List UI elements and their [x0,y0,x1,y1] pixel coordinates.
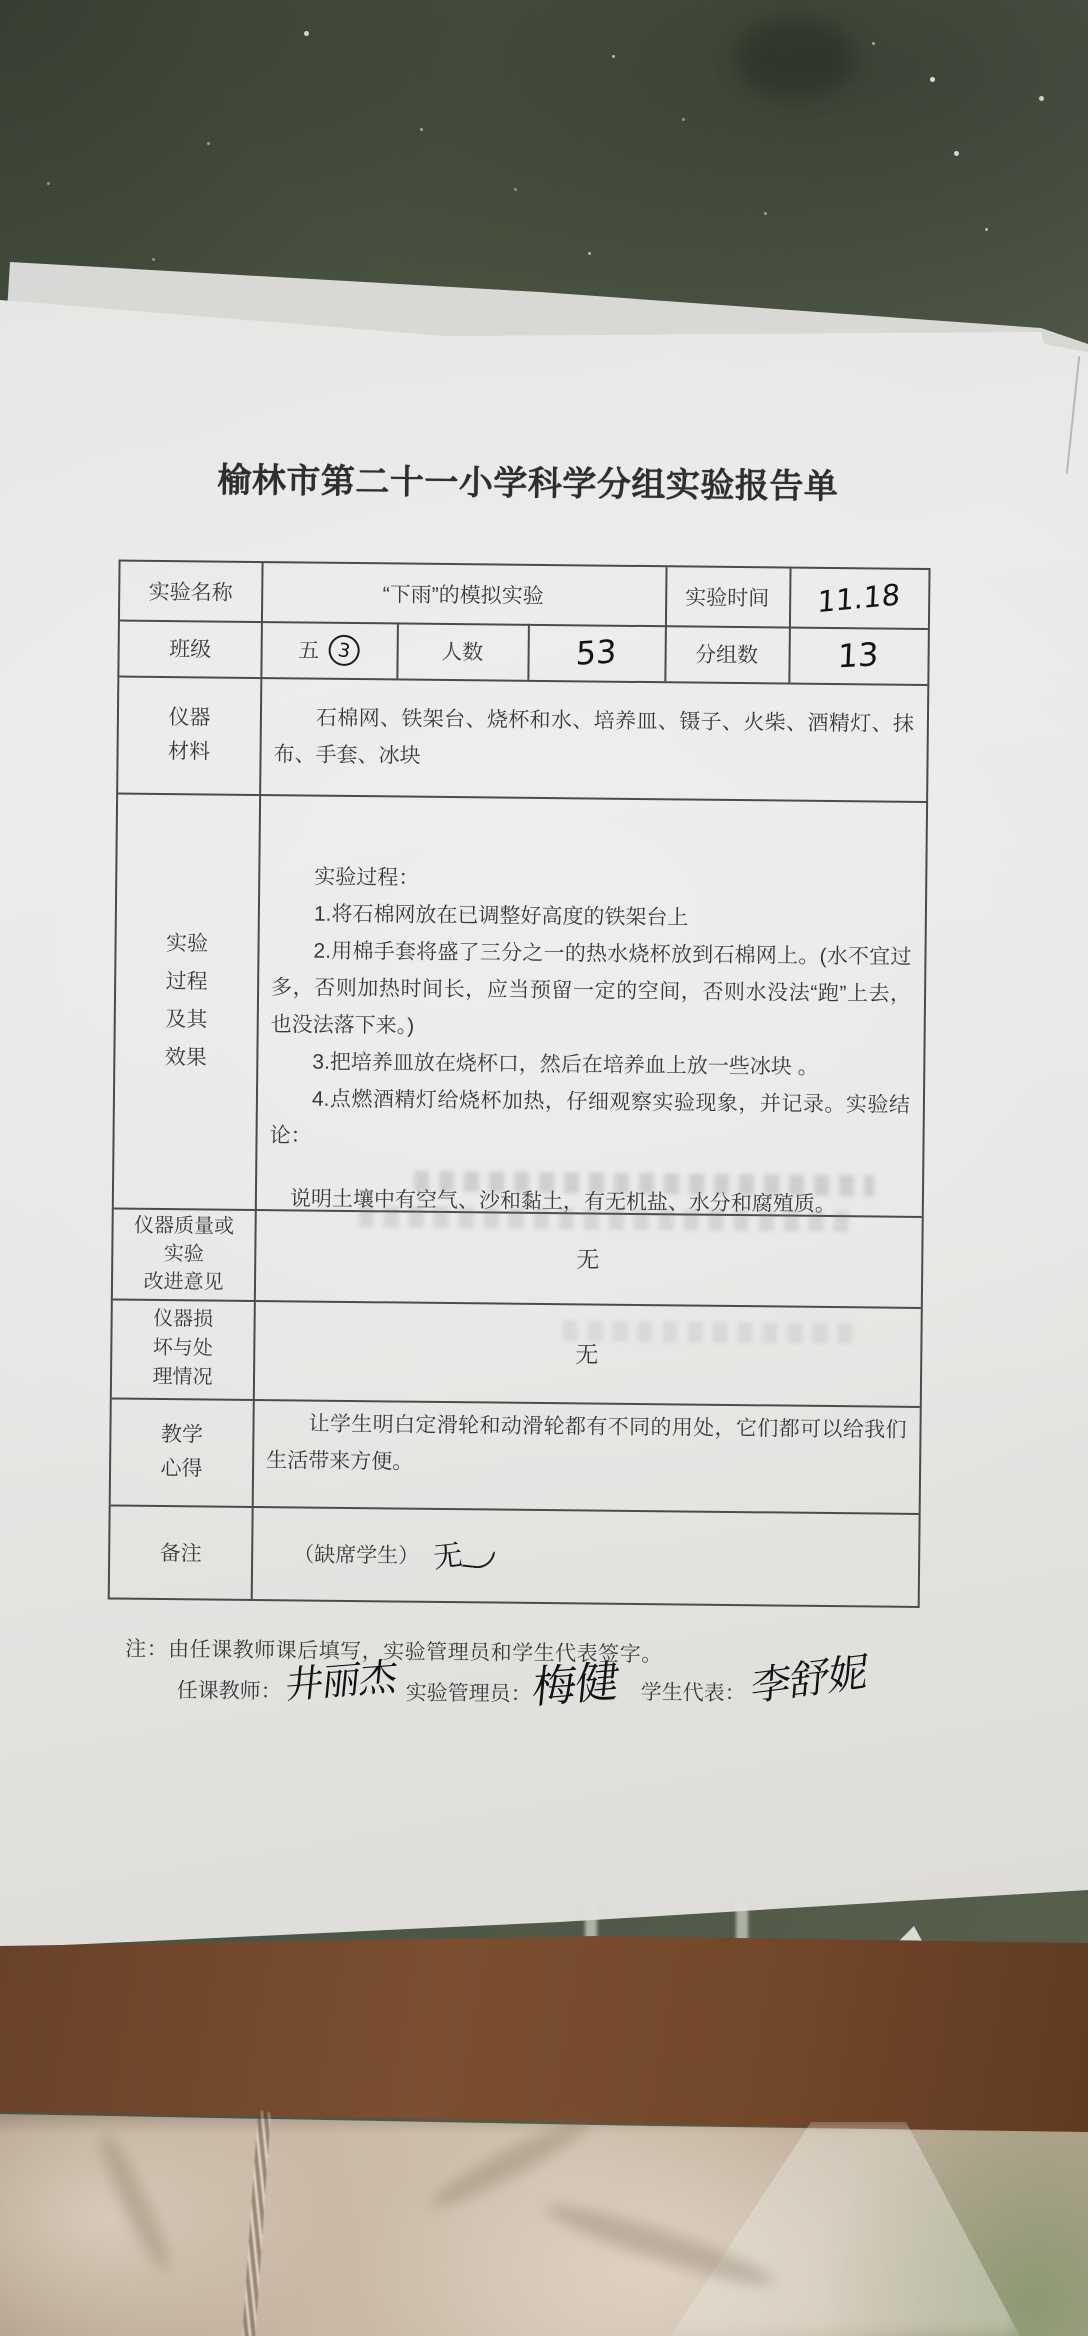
desk-dust-speckles [0,0,3,3]
reflection-text: 让学生明白定滑轮和动滑轮都有不同的用处，它们都可以给我们生活带来方便。 [266,1405,907,1486]
student-label: 学生代表： [641,1676,746,1707]
class-value: 五 3 [260,621,397,678]
manager-label: 实验管理员： [406,1677,532,1708]
pen-flourish [461,1548,495,1571]
experiment-name-label: 实验名称 [120,562,262,621]
damage-label: 仪器损 坏与处 理情况 [112,1299,254,1399]
form-title: 榆林市第二十一小学科学分组实验报告单 [217,453,838,509]
remark-handwritten: 无 [431,1533,464,1577]
student-count-handwritten: 53 [526,620,665,684]
student-count-label: 人数 [396,622,528,679]
quality-label: 仪器质量或 实验 改进意见 [113,1208,255,1300]
experiment-time-label: 实验时间 [665,567,790,626]
experiment-name-value: “下雨”的模拟实验 [261,563,666,625]
photo-of-experiment-report: 榆林市第二十一小学科学分组实验报告单 实验名称 “下雨”的模拟实验 实验时间 1… [0,0,1088,2336]
class-label: 班级 [119,620,261,677]
class-value-printed: 五 [298,634,319,664]
class-number-handwritten: 3 [326,632,362,668]
process-line: 2.用棉手套将盛了三分之一的热水烧杯放到石棉网上。(水不宜过多，否则加热时间长，… [271,932,912,1050]
student-signature: 李舒妮 [749,1640,870,1713]
group-count-handwritten: 13 [787,623,928,687]
desk-edge [0,1930,1088,2142]
form-table: 实验名称 “下雨”的模拟实验 实验时间 11.18 班级 五 3 人数 53 分… [108,560,931,1608]
equipment-value: 石棉网、铁架台、烧杯和水、培养皿、镊子、火柴、酒精灯、抹布、手套、冰块 [273,699,914,780]
process-line: 4.点燃酒精灯给烧杯加热，仔细观察实验现象，并记录。实验结论： [269,1080,910,1161]
teacher-signature: 井丽杰 [283,1645,399,1709]
equipment-text: 石棉网、铁架台、烧杯和水、培养皿、镊子、火柴、酒精灯、抹布、手套、冰块 [273,699,914,780]
equipment-label: 仪器 材料 [118,676,260,794]
remark-value: （缺席学生） 无 [251,1506,919,1606]
reflection-label: 教学 心得 [111,1397,253,1505]
remark-label: 备注 [110,1504,252,1598]
reflection-value: 让学生明白定滑轮和动滑轮都有不同的用处，它们都可以给我们生活带来方便。 [266,1405,907,1486]
damage-value: 无 [253,1300,921,1406]
remark-prefix: （缺席学生） [293,1538,419,1569]
process-value: 实验过程： 1.将石棉网放在已调整好高度的铁架台上 2.用棉手套将盛了三分之一的… [269,858,913,1224]
teacher-label: 任课教师： [177,1674,282,1705]
group-count-label: 分组数 [664,625,789,682]
quality-value: 无 [254,1209,922,1307]
manager-signature: 梅健 [530,1645,622,1716]
process-label: 实验 过程 及其 效果 [114,793,259,1209]
